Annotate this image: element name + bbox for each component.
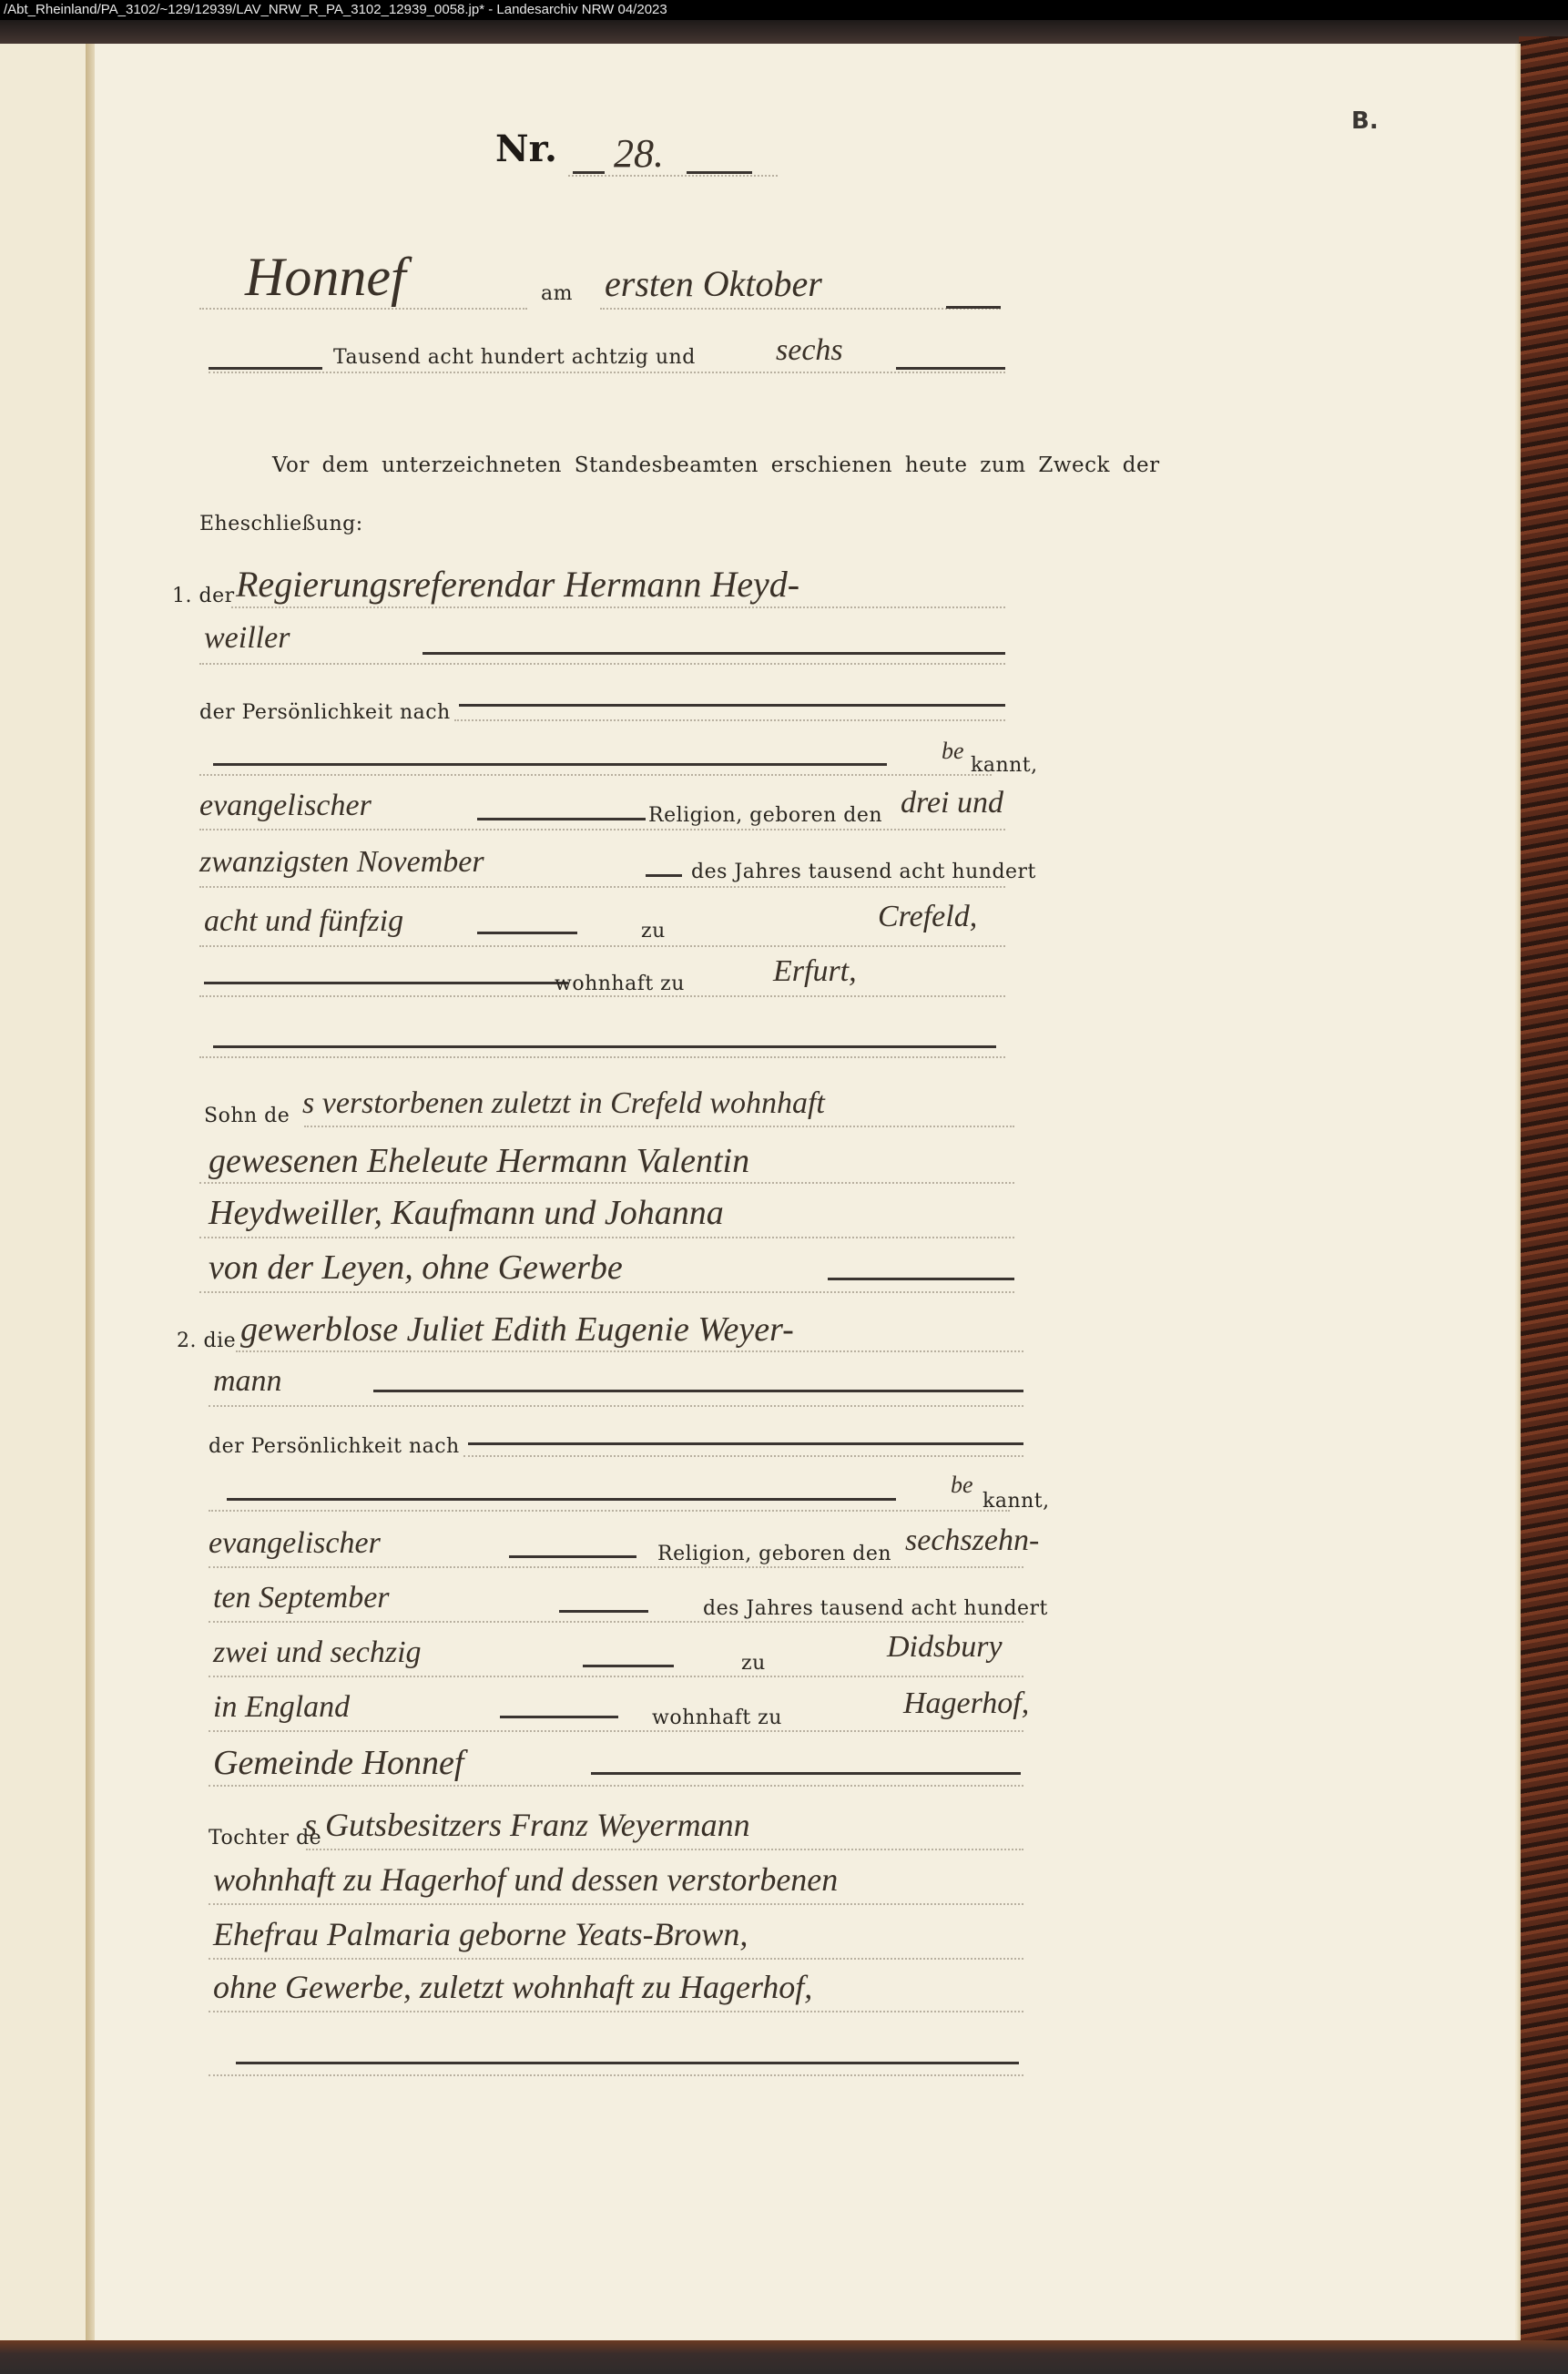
- rule: [236, 2062, 1019, 2064]
- groom-parents-value1: s verstorbenen zuletzt in Crefeld wohnha…: [302, 1086, 825, 1121]
- bride-residence-value1: Hagerhof,: [903, 1686, 1029, 1721]
- groom-identity-line: [454, 683, 1005, 721]
- bride-name-line2: [209, 1369, 1023, 1407]
- rule: [583, 1665, 674, 1667]
- groom-birth-year: acht und fünfzig: [204, 904, 403, 939]
- groom-residence-value: Erfurt,: [773, 954, 857, 989]
- rule: [373, 1390, 1023, 1392]
- groom-label: 1. der: [172, 585, 235, 607]
- rule: [646, 874, 682, 877]
- bride-birth-day1: sechszehn-: [905, 1523, 1039, 1558]
- rule: [213, 763, 887, 766]
- closing-line: [209, 2038, 1023, 2076]
- bride-known-line: [209, 1473, 1010, 1512]
- groom-birth-day1: drei und: [901, 786, 1003, 820]
- nr-field-line: [568, 138, 778, 177]
- rule: [896, 367, 1005, 370]
- bride-parents-value2: wohnhaft zu Hagerhof und dessen verstorb…: [213, 1860, 838, 1899]
- bride-identity-line: [463, 1419, 1023, 1457]
- groom-identity-label: der Persönlichkeit nach: [199, 701, 451, 724]
- bride-known-label: kannt,: [983, 1490, 1050, 1513]
- rule: [477, 932, 577, 934]
- rule: [946, 306, 1001, 309]
- bride-label: 2. die: [177, 1330, 236, 1352]
- rule: [559, 1610, 648, 1613]
- bride-birth-day2: ten September: [213, 1581, 390, 1615]
- register-page: B. Nr. 28. Honnef am ersten Oktober Taus…: [95, 44, 1515, 2340]
- groom-religion-label: Religion, geboren den: [648, 804, 882, 827]
- bride-identity-label: der Persönlichkeit nach: [209, 1435, 460, 1458]
- groom-birth-place: Crefeld,: [878, 900, 977, 934]
- groom-birth-day2: zwanzigsten November: [199, 845, 484, 880]
- rule: [213, 1045, 996, 1048]
- bride-zu-label: zu: [741, 1652, 766, 1675]
- groom-residence-label: wohnhaft zu: [555, 973, 685, 995]
- groom-parents-value4: von der Leyen, ohne Gewerbe: [209, 1248, 623, 1288]
- groom-zu-label: zu: [641, 920, 666, 942]
- left-page: [0, 44, 87, 2340]
- rule: [477, 818, 646, 820]
- groom-parents-value3: Heydweiller, Kaufmann und Johanna: [209, 1193, 724, 1233]
- intro-text-line2: Eheschließung:: [199, 513, 363, 535]
- rule: [828, 1278, 1014, 1280]
- groom-known-line: [199, 738, 992, 776]
- bride-year-label: des Jahres tausend acht hundert: [703, 1597, 1048, 1620]
- bride-known-prefix: be: [951, 1472, 973, 1499]
- bride-birth-place1: Didsbury: [887, 1630, 1003, 1665]
- groom-year-label: des Jahres tausend acht hundert: [691, 861, 1036, 883]
- intro-text-line1: Vor dem unterzeichneten Standesbeamten e…: [272, 453, 1160, 477]
- bride-parents-value1: s Gutsbesitzers Franz Weyermann: [304, 1806, 750, 1844]
- bride-parents-value4: ohne Gewerbe, zuletzt wohnhaft zu Hagerh…: [213, 1968, 812, 2006]
- blank-line: [199, 1020, 1005, 1058]
- groom-religion-value: evangelischer: [199, 789, 372, 823]
- rule: [227, 1498, 896, 1501]
- book-cover-right: [1519, 36, 1568, 2359]
- groom-name-line2: [199, 627, 1005, 665]
- am-label: am: [541, 282, 573, 305]
- rule: [204, 982, 568, 984]
- rule: [500, 1716, 618, 1718]
- bride-parents-value3: Ehefrau Palmaria geborne Yeats-Brown,: [213, 1915, 748, 1953]
- rule: [423, 652, 1005, 655]
- bride-religion-value: evangelischer: [209, 1526, 381, 1561]
- rule: [591, 1772, 1021, 1775]
- groom-name-value2: weiller: [204, 621, 290, 656]
- bride-birth-year: zwei und sechzig: [213, 1635, 422, 1670]
- bride-residence-label: wohnhaft zu: [652, 1707, 782, 1729]
- groom-known-label: kannt,: [971, 754, 1038, 777]
- corner-mark: B.: [1351, 107, 1379, 135]
- book-cover-bottom: [0, 2340, 1568, 2374]
- groom-known-prefix: be: [942, 738, 964, 765]
- bride-birth-place2: in England: [213, 1690, 350, 1725]
- bride-religion-label: Religion, geboren den: [657, 1543, 891, 1565]
- year-prefix-label: Tausend acht hundert achtzig und: [333, 346, 696, 369]
- bride-name-value1: gewerblose Juliet Edith Eugenie Weyer-: [240, 1309, 794, 1350]
- groom-name-value1: Regierungsreferendar Hermann Heyd-: [236, 563, 799, 606]
- place-value: Honnef: [245, 246, 406, 309]
- bride-residence-value2: Gemeinde Honnef: [213, 1743, 463, 1783]
- date-value: ersten Oktober: [605, 262, 822, 305]
- year-suffix-value: sechs: [776, 333, 843, 368]
- groom-parents-value2: gewesenen Eheleute Hermann Valentin: [209, 1141, 749, 1181]
- window-title-bar: /Abt_Rheinland/PA_3102/~129/12939/LAV_NR…: [0, 0, 1568, 20]
- rule: [459, 704, 1005, 707]
- record-number-label: Nr.: [495, 127, 557, 170]
- rule: [509, 1555, 636, 1558]
- groom-parents-label: Sohn de: [204, 1105, 290, 1127]
- rule: [468, 1442, 1023, 1445]
- bride-name-value2: mann: [213, 1364, 282, 1399]
- rule: [209, 367, 322, 370]
